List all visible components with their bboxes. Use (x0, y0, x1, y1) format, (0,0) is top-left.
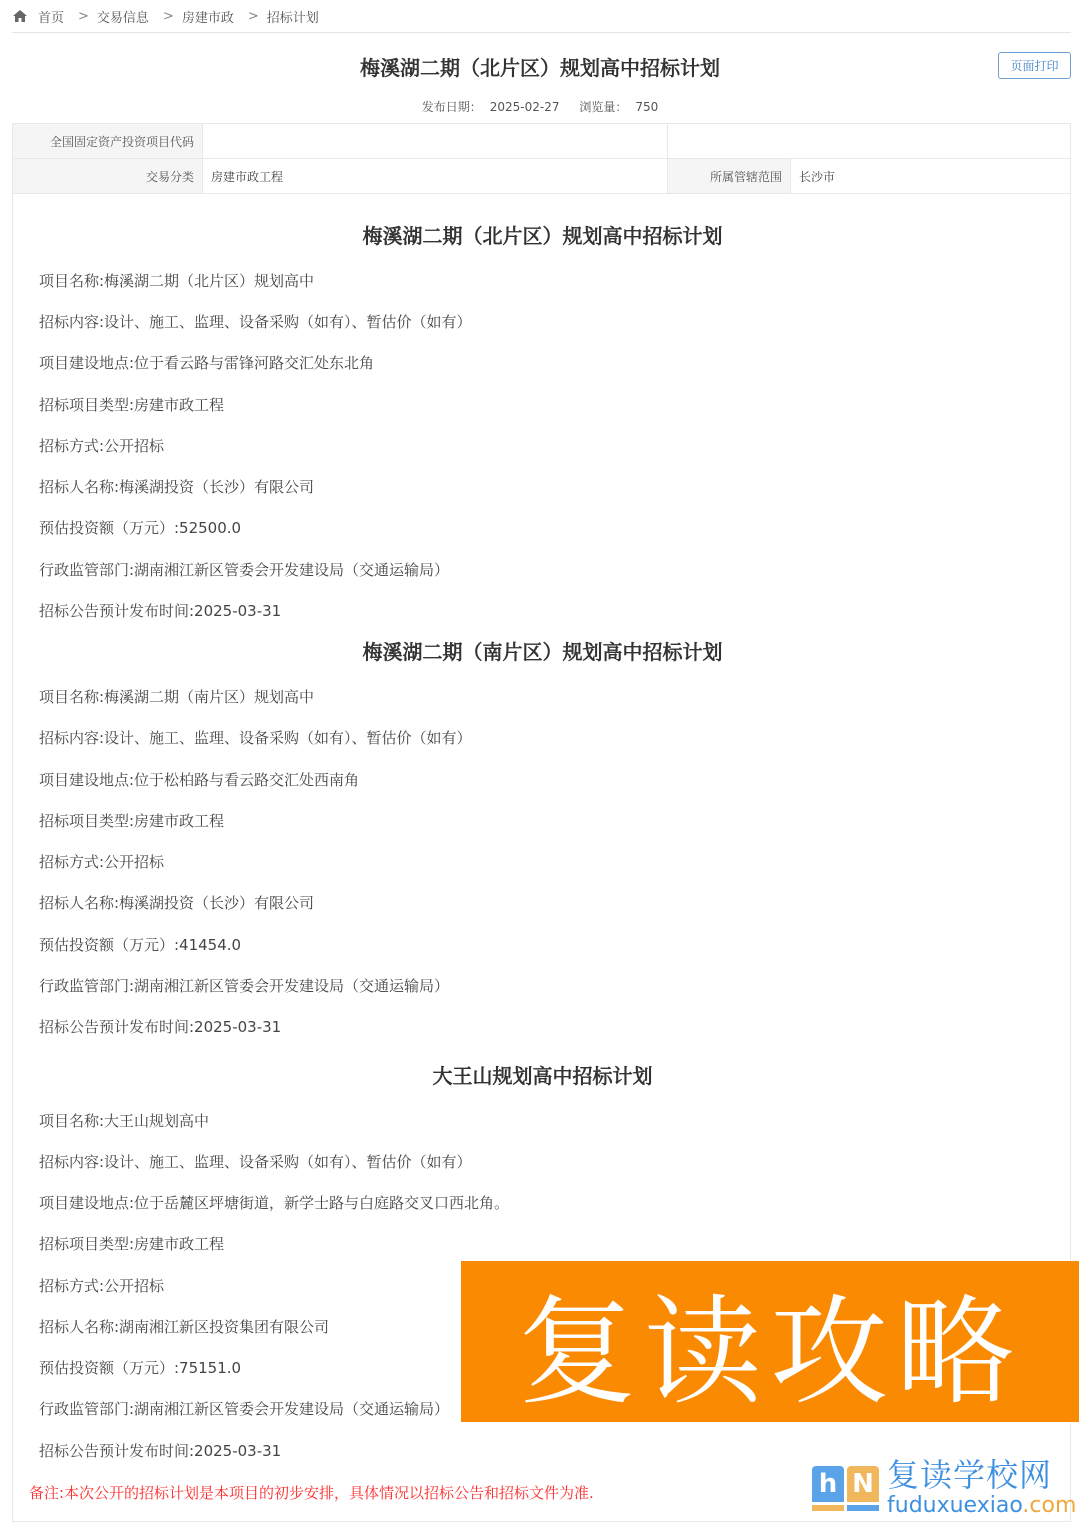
field-bid-content: 招标内容:设计、施工、监理、设备采购（如有）、暂估价（如有） (39, 727, 472, 748)
publish-date-label: 发布日期： (422, 100, 482, 114)
trade-category-value: 房建市政工程 (203, 159, 668, 194)
breadcrumb-separator: > (78, 9, 89, 24)
field-project-type: 招标项目类型:房建市政工程 (39, 394, 224, 415)
field-bid-method: 招标方式:公开招标 (39, 1275, 164, 1296)
print-button[interactable]: 页面打印 (998, 52, 1071, 79)
field-supervisor: 行政监管部门:湖南湘江新区管委会开发建设局（交通运输局） (39, 1398, 449, 1419)
field-investment: 预估投资额（万元）:52500.0 (39, 517, 241, 538)
breadcrumb-bid-plan[interactable]: 招标计划 (267, 7, 319, 26)
field-bid-method: 招标方式:公开招标 (39, 435, 164, 456)
trade-category-label: 交易分类 (13, 159, 203, 194)
field-publish-time: 招标公告预计发布时间:2025-03-31 (39, 1016, 281, 1037)
logo-letter-n: N (847, 1466, 879, 1502)
field-publish-time: 招标公告预计发布时间:2025-03-31 (39, 1440, 281, 1461)
field-tenderer: 招标人名称:湖南湘江新区投资集团有限公司 (39, 1316, 329, 1337)
home-icon[interactable] (12, 9, 28, 23)
breadcrumb-trade-info[interactable]: 交易信息 (97, 7, 149, 26)
field-location: 项目建设地点:位于看云路与雷锋河路交汇处东北角 (39, 352, 374, 373)
breadcrumb: 首页 > 交易信息 > 房建市政 > 招标计划 (12, 0, 1071, 33)
field-project-type: 招标项目类型:房建市政工程 (39, 810, 224, 831)
field-tenderer: 招标人名称:梅溪湖投资（长沙）有限公司 (39, 892, 314, 913)
views-count: 750 (635, 100, 658, 114)
logo-domain-tld: .com (1022, 1493, 1076, 1518)
logo-letter-h: h (812, 1466, 844, 1502)
breadcrumb-separator: > (248, 9, 259, 24)
jurisdiction-value: 长沙市 (791, 159, 1071, 194)
field-location: 项目建设地点:位于松柏路与看云路交汇处西南角 (39, 769, 359, 790)
logo-mark-icon: h N (812, 1466, 879, 1511)
publish-meta: 发布日期：2025-02-27 浏览量：750 (0, 98, 1080, 115)
field-project-name: 项目名称:梅溪湖二期（北片区）规划高中 (39, 270, 314, 291)
logo-domain-name: fuduxuexiao (887, 1493, 1022, 1518)
field-supervisor: 行政监管部门:湖南湘江新区管委会开发建设局（交通运输局） (39, 975, 449, 996)
section-title: 梅溪湖二期（北片区）规划高中招标计划 (13, 220, 1072, 249)
field-bid-method: 招标方式:公开招标 (39, 851, 164, 872)
views-label: 浏览量： (579, 100, 627, 114)
field-investment: 预估投资额（万元）:41454.0 (39, 934, 241, 955)
field-tenderer: 招标人名称:梅溪湖投资（长沙）有限公司 (39, 476, 314, 497)
field-investment: 预估投资额（万元）:75151.0 (39, 1357, 241, 1378)
field-publish-time: 招标公告预计发布时间:2025-03-31 (39, 600, 281, 621)
field-project-name: 项目名称:大王山规划高中 (39, 1110, 209, 1131)
info-table: 全国固定资产投资项目代码 交易分类 房建市政工程 所属管辖范围 长沙市 (12, 123, 1071, 194)
page-title: 梅溪湖二期（北片区）规划高中招标计划 (0, 52, 1080, 81)
field-location: 项目建设地点:位于岳麓区坪塘街道，新学士路与白庭路交叉口西北角。 (39, 1192, 509, 1213)
breadcrumb-construction[interactable]: 房建市政 (182, 7, 234, 26)
site-logo[interactable]: h N 复读学校网 fuduxuexiao.com (812, 1455, 1070, 1521)
jurisdiction-label: 所属管辖范围 (668, 159, 791, 194)
project-code-extra (668, 124, 1071, 159)
logo-domain: fuduxuexiao.com (887, 1493, 1076, 1519)
field-project-name: 项目名称:梅溪湖二期（南片区）规划高中 (39, 686, 314, 707)
publish-date: 2025-02-27 (490, 100, 560, 114)
section-title: 梅溪湖二期（南片区）规划高中招标计划 (13, 636, 1072, 665)
breadcrumb-home[interactable]: 首页 (38, 7, 64, 26)
field-bid-content: 招标内容:设计、施工、监理、设备采购（如有）、暂估价（如有） (39, 311, 472, 332)
field-project-type: 招标项目类型:房建市政工程 (39, 1233, 224, 1254)
breadcrumb-separator: > (163, 9, 174, 24)
project-code-value (203, 124, 668, 159)
disclaimer-note: 备注:本次公开的招标计划是本项目的初步安排，具体情况以招标公告和招标文件为准. (29, 1482, 594, 1503)
watermark-banner: 复读攻略 (461, 1261, 1079, 1422)
table-row: 全国固定资产投资项目代码 (13, 124, 1071, 159)
field-supervisor: 行政监管部门:湖南湘江新区管委会开发建设局（交通运输局） (39, 559, 449, 580)
project-code-label: 全国固定资产投资项目代码 (13, 124, 203, 159)
section-title: 大王山规划高中招标计划 (13, 1060, 1072, 1089)
field-bid-content: 招标内容:设计、施工、监理、设备采购（如有）、暂估价（如有） (39, 1151, 472, 1172)
logo-chinese-name: 复读学校网 (887, 1457, 1076, 1493)
table-row: 交易分类 房建市政工程 所属管辖范围 长沙市 (13, 159, 1071, 194)
